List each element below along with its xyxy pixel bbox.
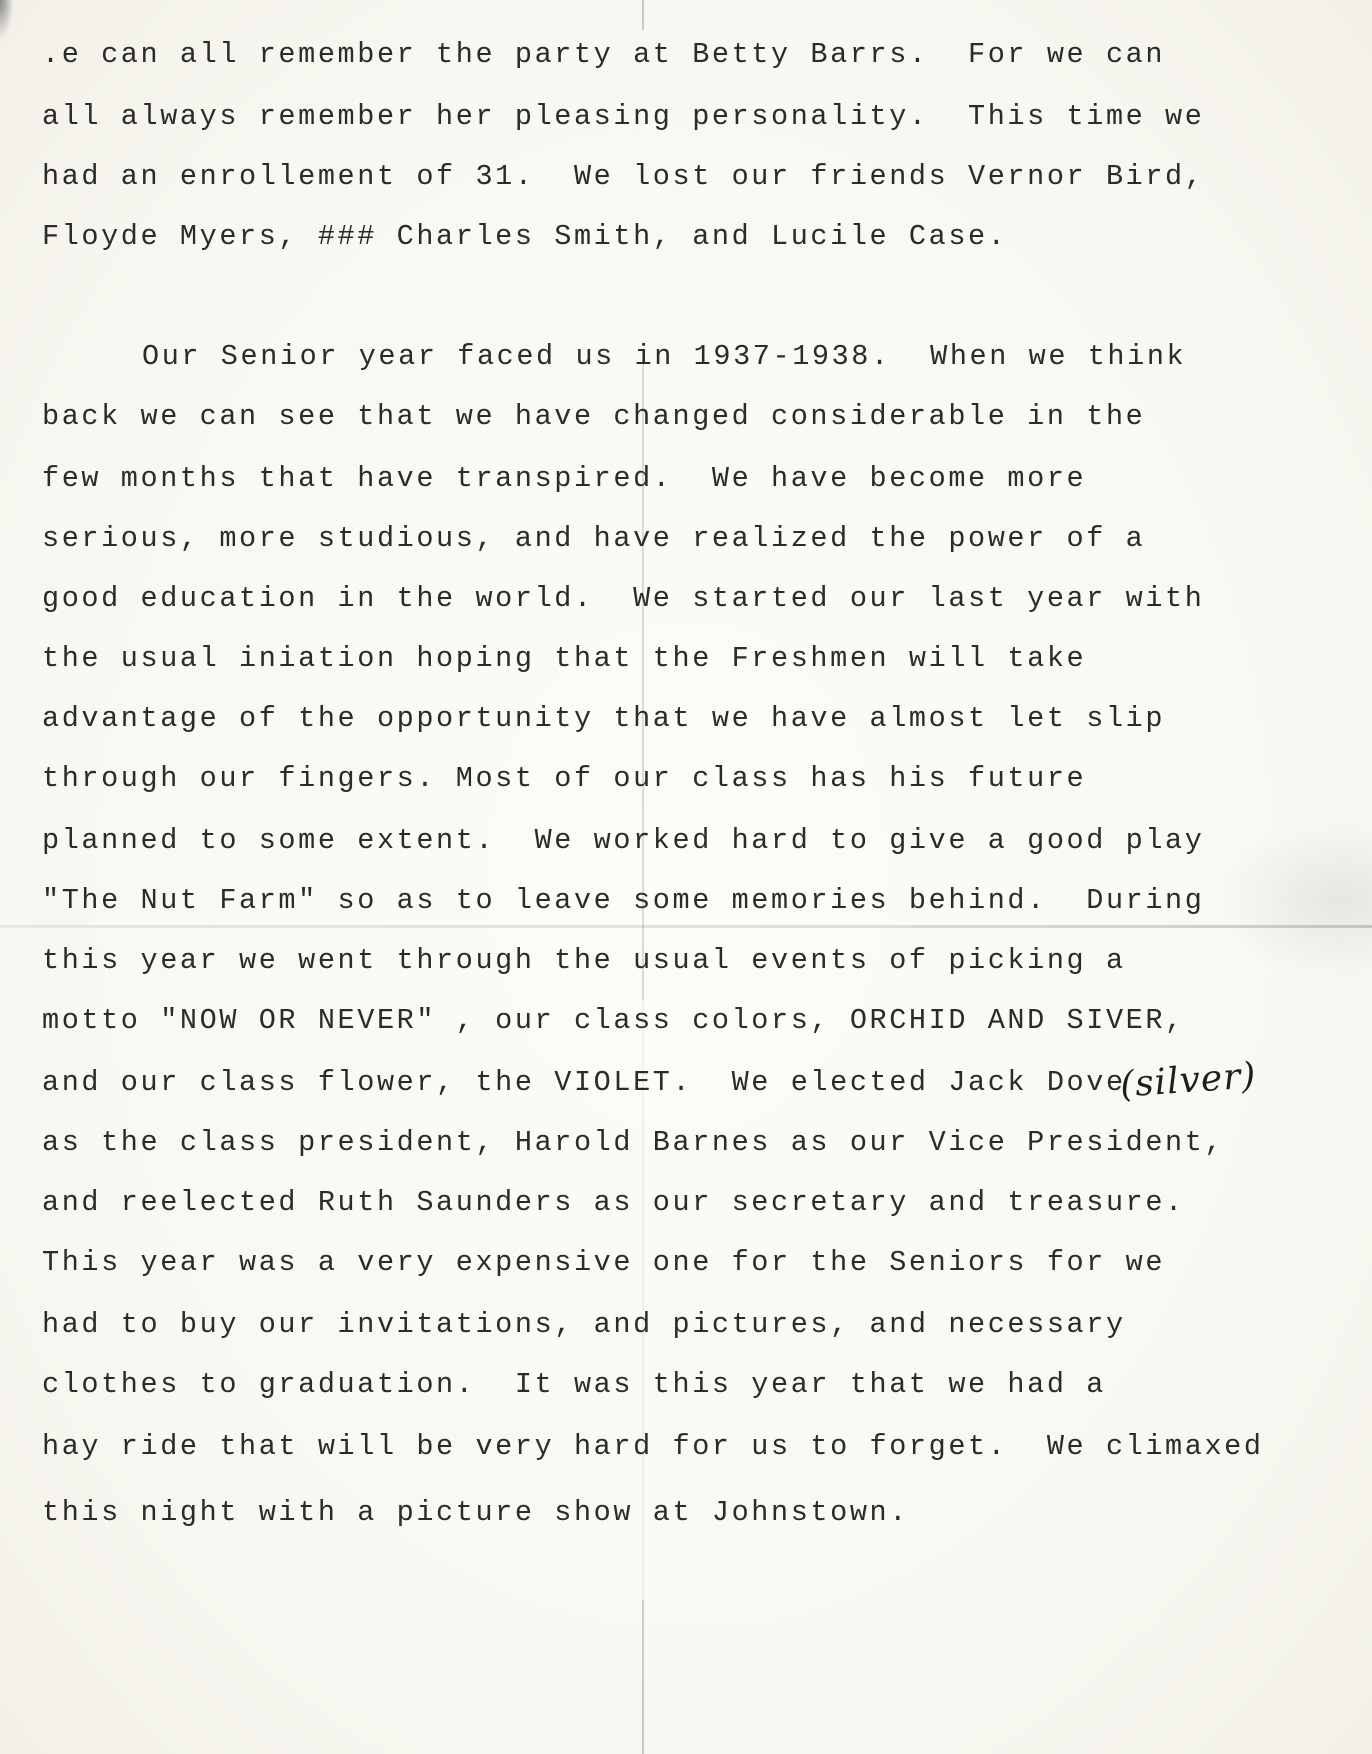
text-line: and reelected Ruth Saunders as our secre… — [42, 1186, 1185, 1220]
text-line: good education in the world. We started … — [42, 582, 1204, 616]
text-line: all always remember her pleasing persona… — [42, 100, 1204, 134]
text-line: Floyde Myers, ### Charles Smith, and Luc… — [42, 220, 1007, 254]
text-line: and our class flower, the VIOLET. We ele… — [42, 1066, 1126, 1100]
text-line: had an enrollement of 31. We lost our fr… — [42, 160, 1204, 194]
text-line: planned to some extent. We worked hard t… — [42, 824, 1204, 858]
text-line: motto "NOW OR NEVER" , our class colors,… — [42, 1004, 1185, 1038]
text-line: clothes to graduation. It was this year … — [42, 1368, 1106, 1402]
text-line: back we can see that we have changed con… — [42, 400, 1145, 434]
text-line: had to buy our invitations, and pictures… — [42, 1308, 1126, 1342]
text-line: the usual iniation hoping that the Fresh… — [42, 642, 1086, 676]
text-line: .e can all remember the party at Betty B… — [42, 38, 1165, 72]
scanned-paper-background — [0, 0, 1372, 1754]
text-line: this year we went through the usual even… — [42, 944, 1126, 978]
page-corner-shadow — [0, 0, 14, 40]
text-line: "The Nut Farm" so as to leave some memor… — [42, 884, 1204, 918]
text-line: as the class president, Harold Barnes as… — [42, 1126, 1224, 1160]
horizontal-fold-crease — [0, 925, 1372, 928]
vertical-fold-crease — [642, 0, 644, 1754]
text-line: few months that have transpired. We have… — [42, 462, 1086, 496]
text-line: hay ride that will be very hard for us t… — [42, 1430, 1264, 1464]
text-line: Our Senior year faced us in 1937-1938. W… — [42, 340, 1186, 374]
text-line: through our fingers. Most of our class h… — [42, 762, 1086, 796]
text-line: this night with a picture show at Johnst… — [42, 1496, 909, 1530]
text-line: advantage of the opportunity that we hav… — [42, 702, 1165, 736]
text-line: This year was a very expensive one for t… — [42, 1246, 1165, 1280]
text-line: serious, more studious, and have realize… — [42, 522, 1145, 556]
